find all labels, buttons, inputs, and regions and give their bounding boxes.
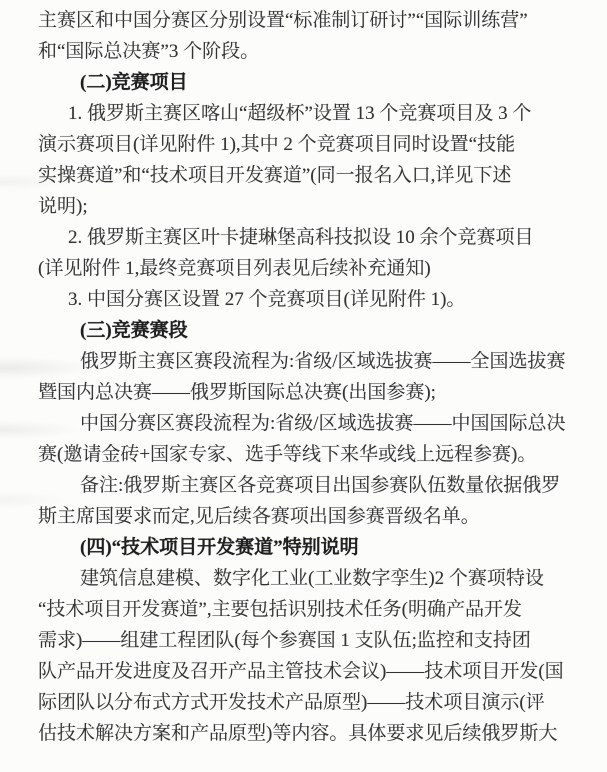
text-line: 说明); [38,191,577,222]
text-line: 1. 俄罗斯主赛区喀山“超级杯”设置 13 个竞赛项目及 3 个 [38,98,577,129]
text-line: 队产品开发进度及召开产品主管技术会议)——技术项目开发(国 [38,656,577,687]
text-line: 主赛区和中国分赛区分别设置“标准制订研讨”“国际训练营” [38,5,577,36]
text-line: 中国分赛区赛段流程为:省级/区域选拔赛——中国国际总决 [38,408,577,439]
document-page: 主赛区和中国分赛区分别设置“标准制订研讨”“国际训练营”和“国际总决赛”3 个阶… [0,0,607,772]
text-line: 3. 中国分赛区设置 27 个竞赛项目(详见附件 1)。 [38,284,577,315]
text-line: 需求)——组建工程团队(每个参赛国 1 支队伍;监控和支持团 [38,625,577,656]
section-heading: (四)“技术项目开发赛道”特别说明 [38,532,577,563]
text-line: “技术项目开发赛道”,主要包括识别技术任务(明确产品开发 [38,594,577,625]
text-line: 际团队以分布式方式开发技术产品原型)——技术项目演示(评 [38,687,577,718]
section-heading: (二)竞赛项目 [38,67,577,98]
text-line: 和“国际总决赛”3 个阶段。 [38,36,577,67]
text-line: 备注:俄罗斯主赛区各竞赛项目出国参赛队伍数量依据俄罗 [38,470,577,501]
text-line: 演示赛项目(详见附件 1),其中 2 个竞赛项目同时设置“技能 [38,129,577,160]
section-heading: (三)竞赛赛段 [38,315,577,346]
text-line: (详见附件 1,最终竞赛项目列表见后续补充通知) [38,253,577,284]
text-line: 暨国内总决赛——俄罗斯国际总决赛(出国参赛); [38,377,577,408]
text-line: 建筑信息建模、数字化工业(工业数字孪生)2 个赛项特设 [38,563,577,594]
text-line: 估技术解决方案和产品原型)等内容。具体要求见后续俄罗斯大 [38,718,577,749]
text-line: 赛(邀请金砖+国家专家、选手等线下来华或线上远程参赛)。 [38,439,577,470]
text-line: 斯主席国要求而定,见后续各赛项出国参赛晋级名单。 [38,501,577,532]
text-line: 2. 俄罗斯主赛区叶卡捷琳堡高科技拟设 10 余个竞赛项目 [38,222,577,253]
text-line: 俄罗斯主赛区赛段流程为:省级/区域选拔赛——全国选拔赛 [38,346,577,377]
text-line: 实操赛道”和“技术项目开发赛道”(同一报名入口,详见下述 [38,160,577,191]
